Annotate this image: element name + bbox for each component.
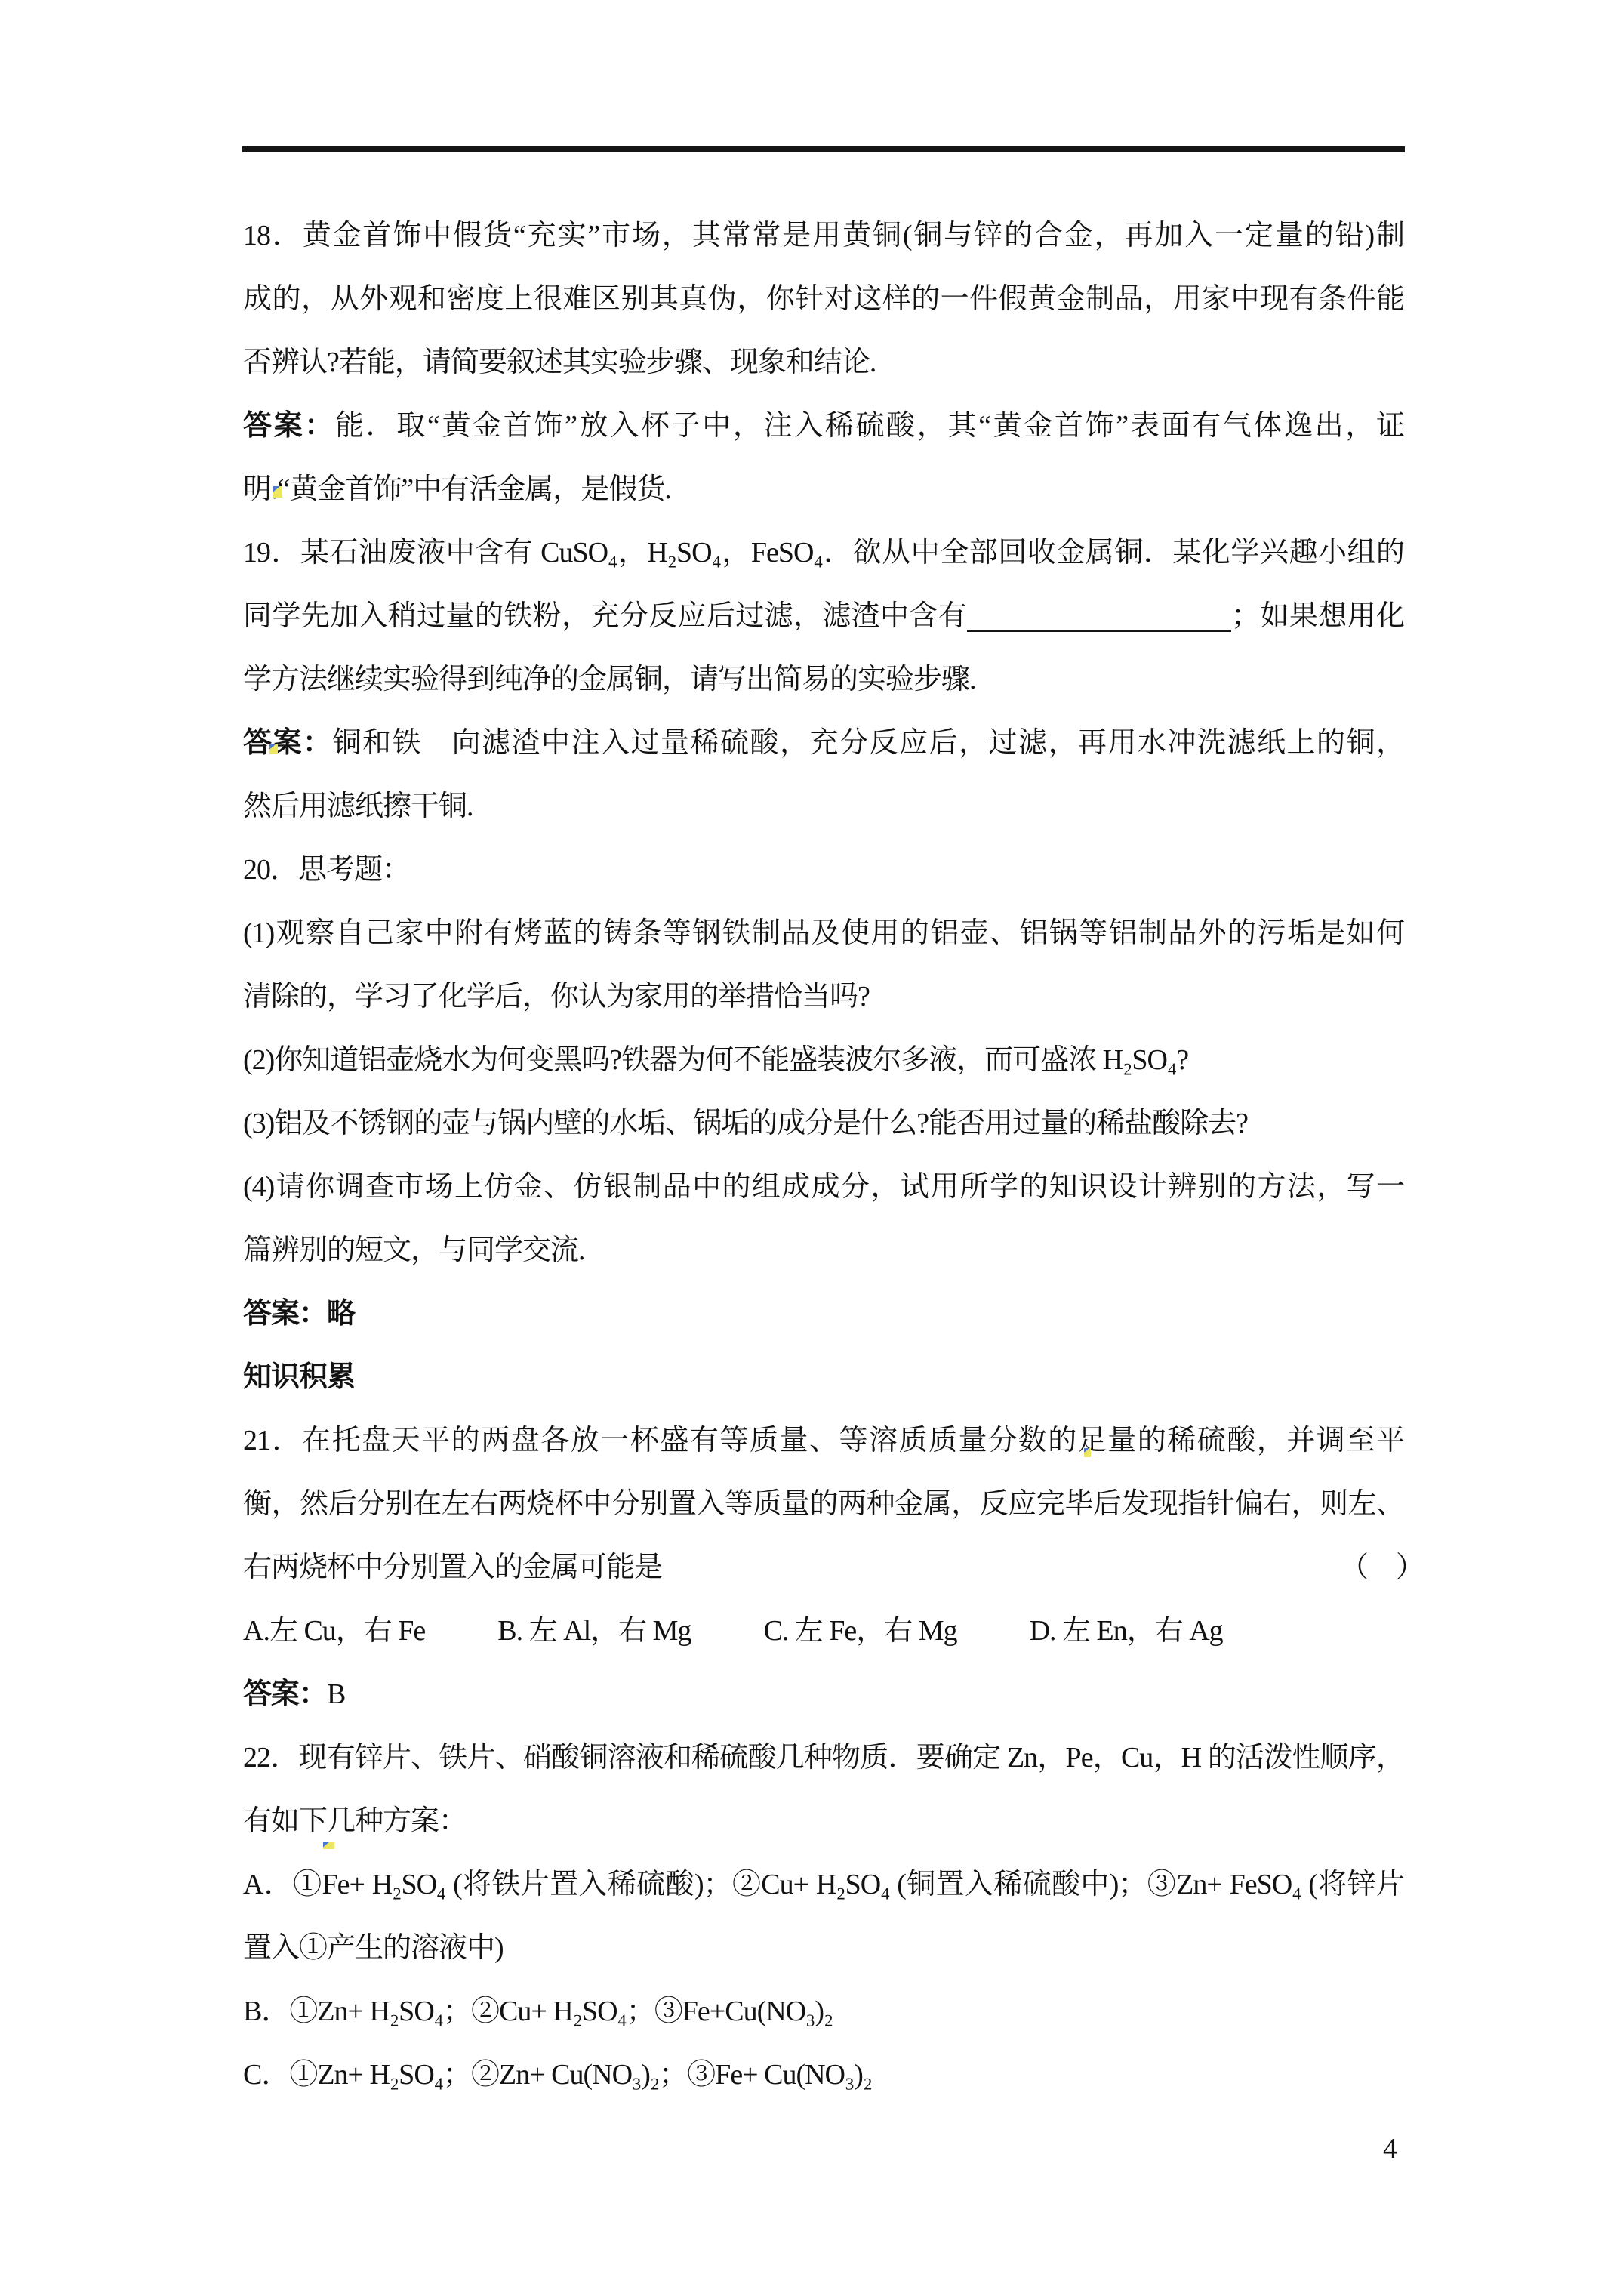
- spellcheck-mark: [273, 486, 282, 498]
- q19-line-2-after: ；如果想用化: [1231, 600, 1404, 632]
- option-b: B. 左 Al，右 Mg: [497, 1599, 691, 1663]
- q21-answer-line: 答案：B: [243, 1663, 1404, 1726]
- q19-line-1: 19．某石油废液中含有 CuSO₄，H₂SO₄，FeSO₄．欲从中全部回收金属铜…: [243, 521, 1404, 584]
- q18-answer-line-2: 明.“黄金首饰”中有活金属，是假货.: [243, 458, 1404, 521]
- q18-answer-text-1: 能．取“黄金首饰”放入杯子中，注入稀硫酸，其“黄金首饰”表面有气体逸出，证: [335, 410, 1404, 442]
- q22-option-c: C．①Zn+ H₂SO₄；②Zn+ Cu(NO₃)₂；③Fe+ Cu(NO₃)₂: [243, 2043, 1404, 2106]
- page-number: 4: [1383, 2129, 1397, 2168]
- q20-item1-line-1: (1)观察自己家中附有烤蓝的铸条等钢铁制品及使用的铝壶、铝锅等铝制品外的污垢是如…: [243, 901, 1404, 965]
- q22-option-a-line-1: A．①Fe+ H₂SO₄ (将铁片置入稀硫酸)；②Cu+ H₂SO₄ (铜置入稀…: [243, 1853, 1404, 1916]
- q21-answer-text: B: [327, 1678, 345, 1710]
- q19-line-3: 学方法继续实验得到纯净的金属铜，请写出简易的实验步骤.: [243, 648, 1404, 711]
- q21-line-3: 右两烧杯中分别置入的金属可能是 （ ）: [243, 1536, 1404, 1599]
- answer-blank: [967, 627, 1231, 632]
- q18-line-1: 18．黄金首饰中假货“充实”市场，其常常是用黄铜(铜与锌的合金，再加入一定量的铅…: [243, 204, 1404, 267]
- q20-answer-line: 答案：略: [243, 1282, 1404, 1345]
- option-d: D. 左 En，右 Ag: [1030, 1599, 1223, 1663]
- header-rule: [242, 146, 1405, 152]
- q21-answer-label: 答案：: [243, 1678, 327, 1710]
- q21-line-1: 21．在托盘天平的两盘各放一杯盛有等质量、等溶质质量分数的足量的稀硫酸，并调至平: [243, 1409, 1404, 1472]
- document-page: 18．黄金首饰中假货“充实”市场，其常常是用黄铜(铜与锌的合金，再加入一定量的铅…: [0, 0, 1623, 2296]
- q18-answer-line-1: 答案：能．取“黄金首饰”放入杯子中，注入稀硫酸，其“黄金首饰”表面有气体逸出，证: [243, 394, 1404, 458]
- q20-item4-line-2: 篇辨别的短文，与同学交流.: [243, 1219, 1404, 1282]
- q20-item1-line-2: 清除的，学习了化学后，你认为家用的举措恰当吗?: [243, 965, 1404, 1028]
- q20-line-1: 20．思考题：: [243, 838, 1404, 901]
- q21-line-2: 衡，然后分别在左右两烧杯中分别置入等质量的两种金属，反应完毕后发现指针偏右，则左…: [243, 1472, 1404, 1536]
- q18-line-2: 成的，从外观和密度上很难区别其真伪，你针对这样的一件假黄金制品，用家中现有条件能: [243, 267, 1404, 331]
- q22-line-1: 22．现有锌片、铁片、硝酸铜溶液和稀硫酸几种物质．要确定 Zn，Pe，Cu，H …: [243, 1726, 1404, 1789]
- option-c: C. 左 Fe，右 Mg: [763, 1599, 956, 1663]
- spellcheck-mark: [1084, 1448, 1091, 1457]
- q19-answer-label: 答案：: [243, 727, 333, 759]
- answer-bracket: （ ）: [1340, 1536, 1424, 1599]
- q20-answer-text: 略: [327, 1298, 355, 1330]
- spellcheck-mark: [323, 1842, 334, 1849]
- q19-answer-text-1: 铜和铁 向滤渣中注入过量稀硫酸，充分反应后，过滤，再用水冲洗滤纸上的铜，: [333, 727, 1404, 759]
- q21-line-3-text: 右两烧杯中分别置入的金属可能是: [243, 1536, 662, 1599]
- q20-item4-line-1: (4)请你调查市场上仿金、仿银制品中的组成成分，试用所学的知识设计辨别的方法，写…: [243, 1155, 1404, 1219]
- q20-item3: (3)铝及不锈钢的壶与锅内壁的水垢、锅垢的成分是什么?能否用过量的稀盐酸除去?: [243, 1092, 1404, 1155]
- q20-item2: (2)你知道铝壶烧水为何变黑吗?铁器为何不能盛装波尔多液，而可盛浓 H₂SO₄?: [243, 1028, 1404, 1092]
- q18-answer-label: 答案：: [243, 410, 335, 442]
- q22-option-b: B．①Zn+ H₂SO₄；②Cu+ H₂SO₄；③Fe+Cu(NO₃)₂: [243, 1980, 1404, 2043]
- q22-line-2: 有如下几种方案：: [243, 1789, 1404, 1853]
- q19-answer-line-1: 答案：铜和铁 向滤渣中注入过量稀硫酸，充分反应后，过滤，再用水冲洗滤纸上的铜，: [243, 711, 1404, 775]
- q19-line-2: 同学先加入稍过量的铁粉，充分反应后过滤，滤渣中含有；如果想用化: [243, 584, 1404, 648]
- q19-answer-line-2: 然后用滤纸擦干铜.: [243, 775, 1404, 838]
- q18-line-3: 否辨认?若能，请简要叙述其实验步骤、现象和结论.: [243, 331, 1404, 394]
- q19-line-2-before: 同学先加入稍过量的铁粉，充分反应后过滤，滤渣中含有: [243, 600, 967, 632]
- q20-answer-label: 答案：: [243, 1298, 327, 1330]
- option-a: A.左 Cu，右 Fe: [243, 1599, 425, 1663]
- spellcheck-mark: [269, 744, 278, 754]
- page-content: 18．黄金首饰中假货“充实”市场，其常常是用黄铜(铜与锌的合金，再加入一定量的铅…: [243, 204, 1404, 2106]
- q21-options: A.左 Cu，右 Fe B. 左 Al，右 Mg C. 左 Fe，右 Mg D.…: [243, 1599, 1404, 1663]
- q22-option-a-line-2: 置入①产生的溶液中): [243, 1916, 1404, 1980]
- section-heading: 知识积累: [243, 1345, 1404, 1409]
